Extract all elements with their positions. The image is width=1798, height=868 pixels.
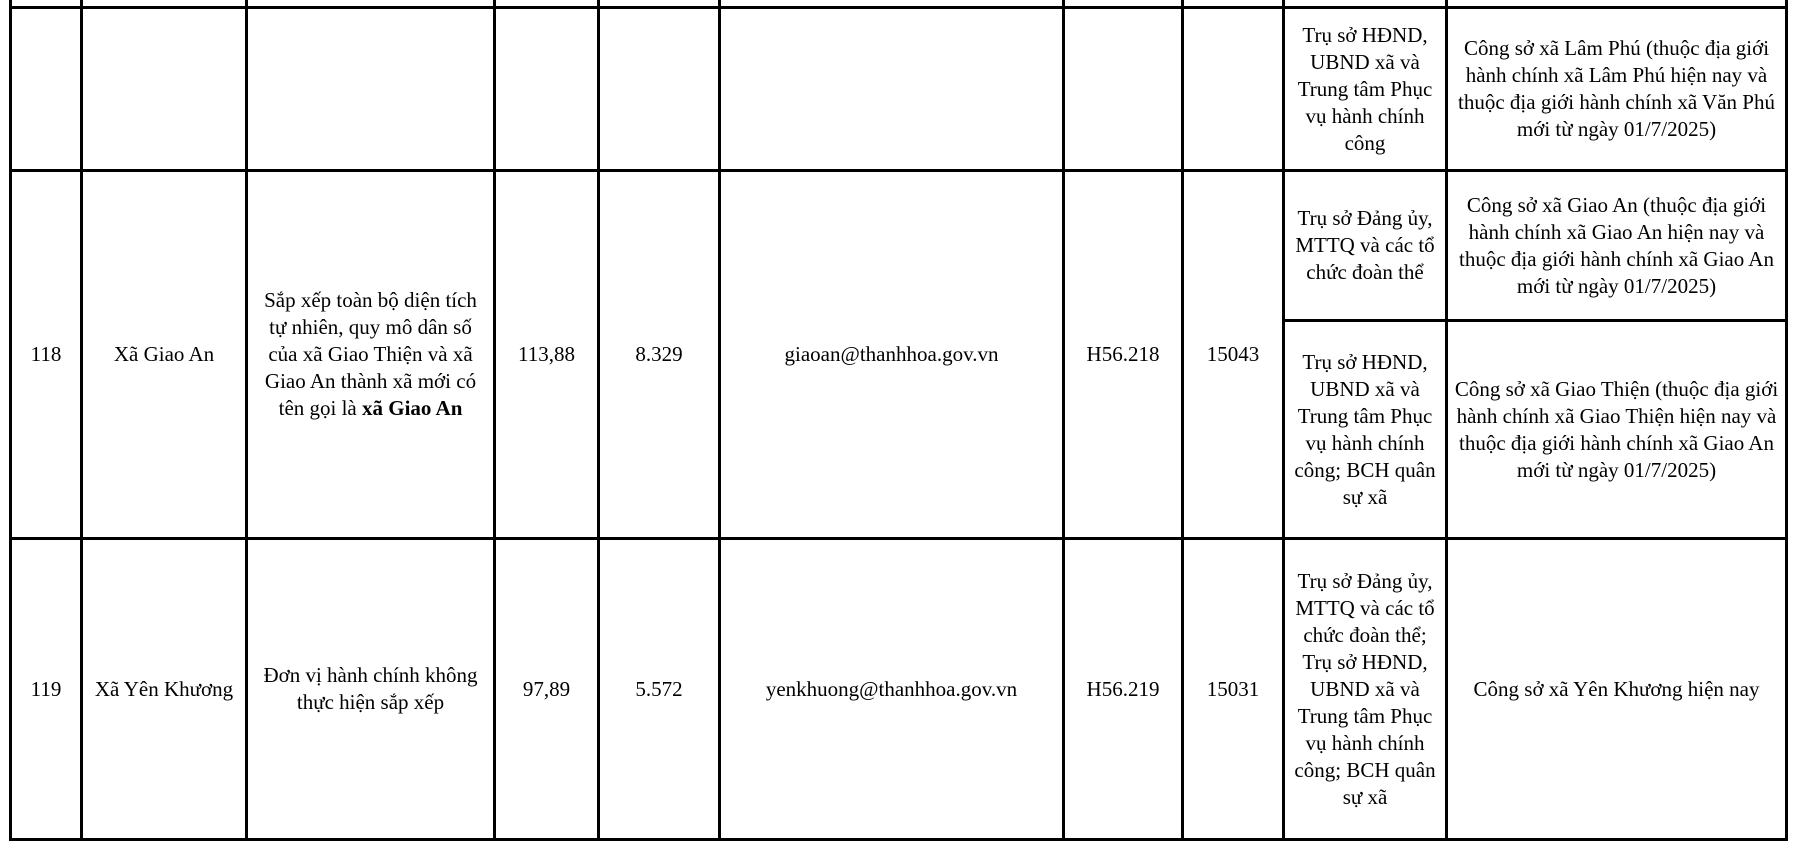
population-cell: 5.572	[599, 539, 720, 840]
population-cell: 8.329	[599, 171, 720, 539]
area-cell	[495, 8, 599, 171]
header-cell	[720, 0, 1064, 8]
office-function-cell: Trụ sở Đảng ủy, MTTQ và các tổ chức đoàn…	[1284, 539, 1447, 840]
name-cell: Xã Giao An	[82, 171, 247, 539]
header-cell	[11, 0, 82, 8]
population-cell	[599, 8, 720, 171]
header-cell	[82, 0, 247, 8]
commune-table: (km²) Trụ sở HĐND, UBND xã và Trung tâm …	[9, 0, 1788, 841]
header-cell	[1284, 0, 1447, 8]
name-cell: Xã Yên Khương	[82, 539, 247, 840]
office-location-cell: Công sở xã Yên Khương hiện nay	[1447, 539, 1787, 840]
area-cell: 113,88	[495, 171, 599, 539]
area-cell: 97,89	[495, 539, 599, 840]
header-cell	[599, 0, 720, 8]
office-location-cell: Công sở xã Giao Thiện (thuộc địa giới hà…	[1447, 321, 1787, 539]
header-cell	[1447, 0, 1787, 8]
table-row: Trụ sở HĐND, UBND xã và Trung tâm Phục v…	[11, 8, 1787, 171]
description-cell: Đơn vị hành chính không thực hiện sắp xế…	[247, 539, 495, 840]
email-cell: yenkhuong@thanhhoa.gov.vn	[720, 539, 1064, 840]
stt-cell: 118	[11, 171, 82, 539]
office-function-cell: Trụ sở HĐND, UBND xã và Trung tâm Phục v…	[1284, 321, 1447, 539]
office-function-cell: Trụ sở Đảng ủy, MTTQ và các tổ chức đoàn…	[1284, 171, 1447, 321]
table-row: 119 Xã Yên Khương Đơn vị hành chính khôn…	[11, 539, 1787, 840]
header-cell-area: (km²)	[495, 0, 599, 8]
code-cell	[1064, 8, 1183, 171]
postal-cell: 15043	[1183, 171, 1284, 539]
description-cell: Sắp xếp toàn bộ diện tích tự nhiên, quy …	[247, 171, 495, 539]
code-cell: H56.218	[1064, 171, 1183, 539]
header-cell	[1064, 0, 1183, 8]
stt-cell: 119	[11, 539, 82, 840]
email-cell	[720, 8, 1064, 171]
code-cell: H56.219	[1064, 539, 1183, 840]
header-cell	[247, 0, 495, 8]
header-row-fragment: (km²)	[11, 0, 1787, 8]
table-row: 118 Xã Giao An Sắp xếp toàn bộ diện tích…	[11, 171, 1787, 321]
postal-cell: 15031	[1183, 539, 1284, 840]
postal-cell	[1183, 8, 1284, 171]
header-cell	[1183, 0, 1284, 8]
office-location-cell: Công sở xã Giao An (thuộc địa giới hành …	[1447, 171, 1787, 321]
name-cell	[82, 8, 247, 171]
document-page: (km²) Trụ sở HĐND, UBND xã và Trung tâm …	[0, 0, 1798, 868]
description-cell	[247, 8, 495, 171]
email-cell: giaoan@thanhhoa.gov.vn	[720, 171, 1064, 539]
office-function-cell: Trụ sở HĐND, UBND xã và Trung tâm Phục v…	[1284, 8, 1447, 171]
stt-cell	[11, 8, 82, 171]
office-location-cell: Công sở xã Lâm Phú (thuộc địa giới hành …	[1447, 8, 1787, 171]
new-commune-name: xã Giao An	[362, 396, 462, 420]
